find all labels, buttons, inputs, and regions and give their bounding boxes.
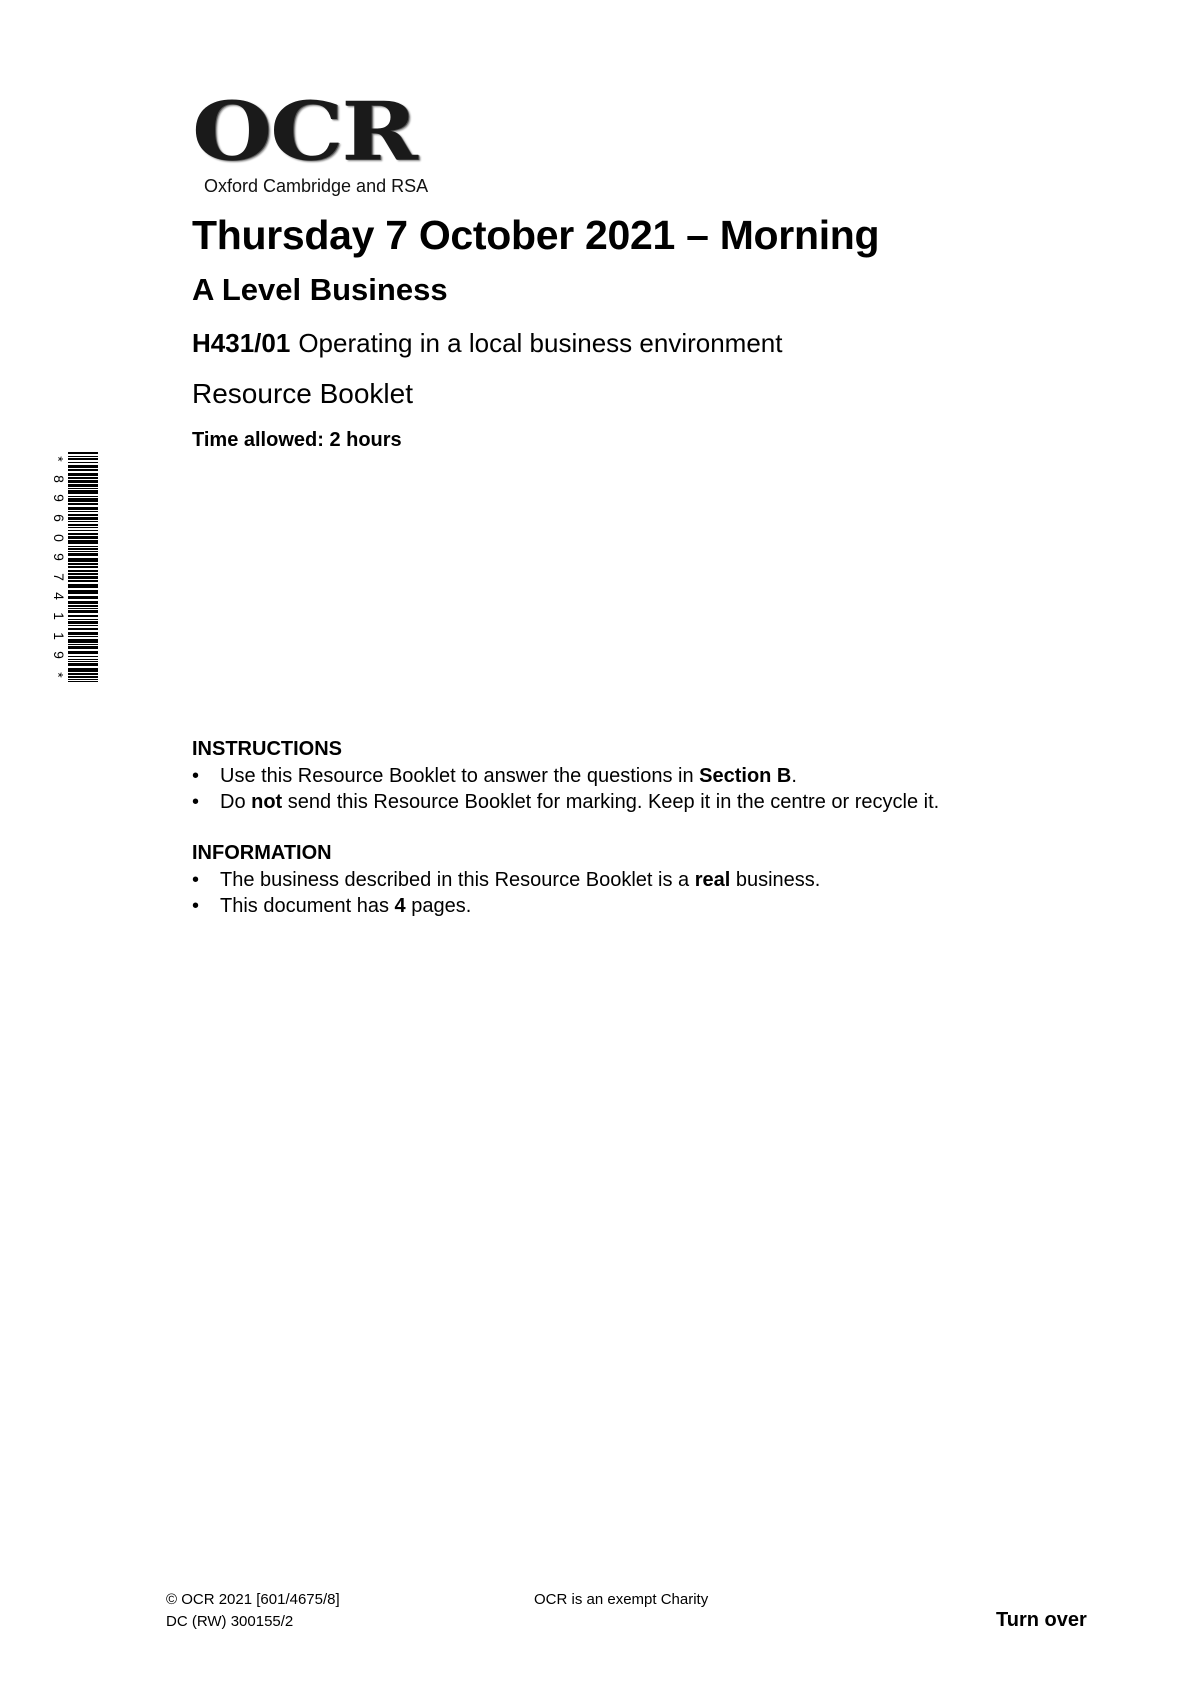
barcode-digit: *	[52, 456, 66, 461]
unit-line: H431/01Operating in a local business env…	[192, 328, 782, 359]
barcode-digit: 4	[52, 592, 66, 600]
barcode-digit: 8	[52, 475, 66, 483]
information-item: The business described in this Resource …	[192, 867, 820, 893]
time-allowed: Time allowed: 2 hours	[192, 429, 402, 452]
barcode-icon: *8960974119*	[52, 452, 98, 682]
document-type: Resource Booklet	[192, 378, 413, 410]
barcode-digits: *8960974119*	[52, 452, 66, 682]
instructions-list: Use this Resource Booklet to answer the …	[192, 763, 939, 815]
barcode-digit: 7	[52, 573, 66, 581]
barcode-bars	[68, 452, 98, 682]
ocr-logo-mark: OCR	[192, 96, 432, 166]
barcode-digit: 1	[52, 612, 66, 620]
barcode-digit: 1	[52, 632, 66, 640]
barcode-digit: 9	[52, 651, 66, 659]
information-item: This document has 4 pages.	[192, 893, 820, 919]
instructions-heading: INSTRUCTIONS	[192, 738, 342, 761]
instruction-item: Do not send this Resource Booklet for ma…	[192, 789, 939, 815]
qualification-title: A Level Business	[192, 272, 448, 308]
footer-copyright: © OCR 2021 [601/4675/8]	[166, 1591, 340, 1608]
barcode-digit: *	[52, 672, 66, 677]
barcode-digit: 6	[52, 514, 66, 522]
information-list: The business described in this Resource …	[192, 867, 820, 919]
footer-doc-code: DC (RW) 300155/2	[166, 1613, 293, 1630]
ocr-logo: OCR	[192, 96, 432, 176]
information-heading: INFORMATION	[192, 842, 332, 865]
barcode-digit: 9	[52, 494, 66, 502]
barcode-digit: 9	[52, 553, 66, 561]
instruction-item: Use this Resource Booklet to answer the …	[192, 763, 939, 789]
footer-charity: OCR is an exempt Charity	[534, 1591, 708, 1608]
ocr-logo-tagline: Oxford Cambridge and RSA	[204, 176, 428, 197]
turn-over-label: Turn over	[996, 1609, 1087, 1632]
exam-date-title: Thursday 7 October 2021 – Morning	[192, 212, 879, 259]
unit-code: H431/01	[192, 328, 290, 358]
barcode-digit: 0	[52, 534, 66, 542]
unit-title: Operating in a local business environmen…	[298, 328, 782, 358]
